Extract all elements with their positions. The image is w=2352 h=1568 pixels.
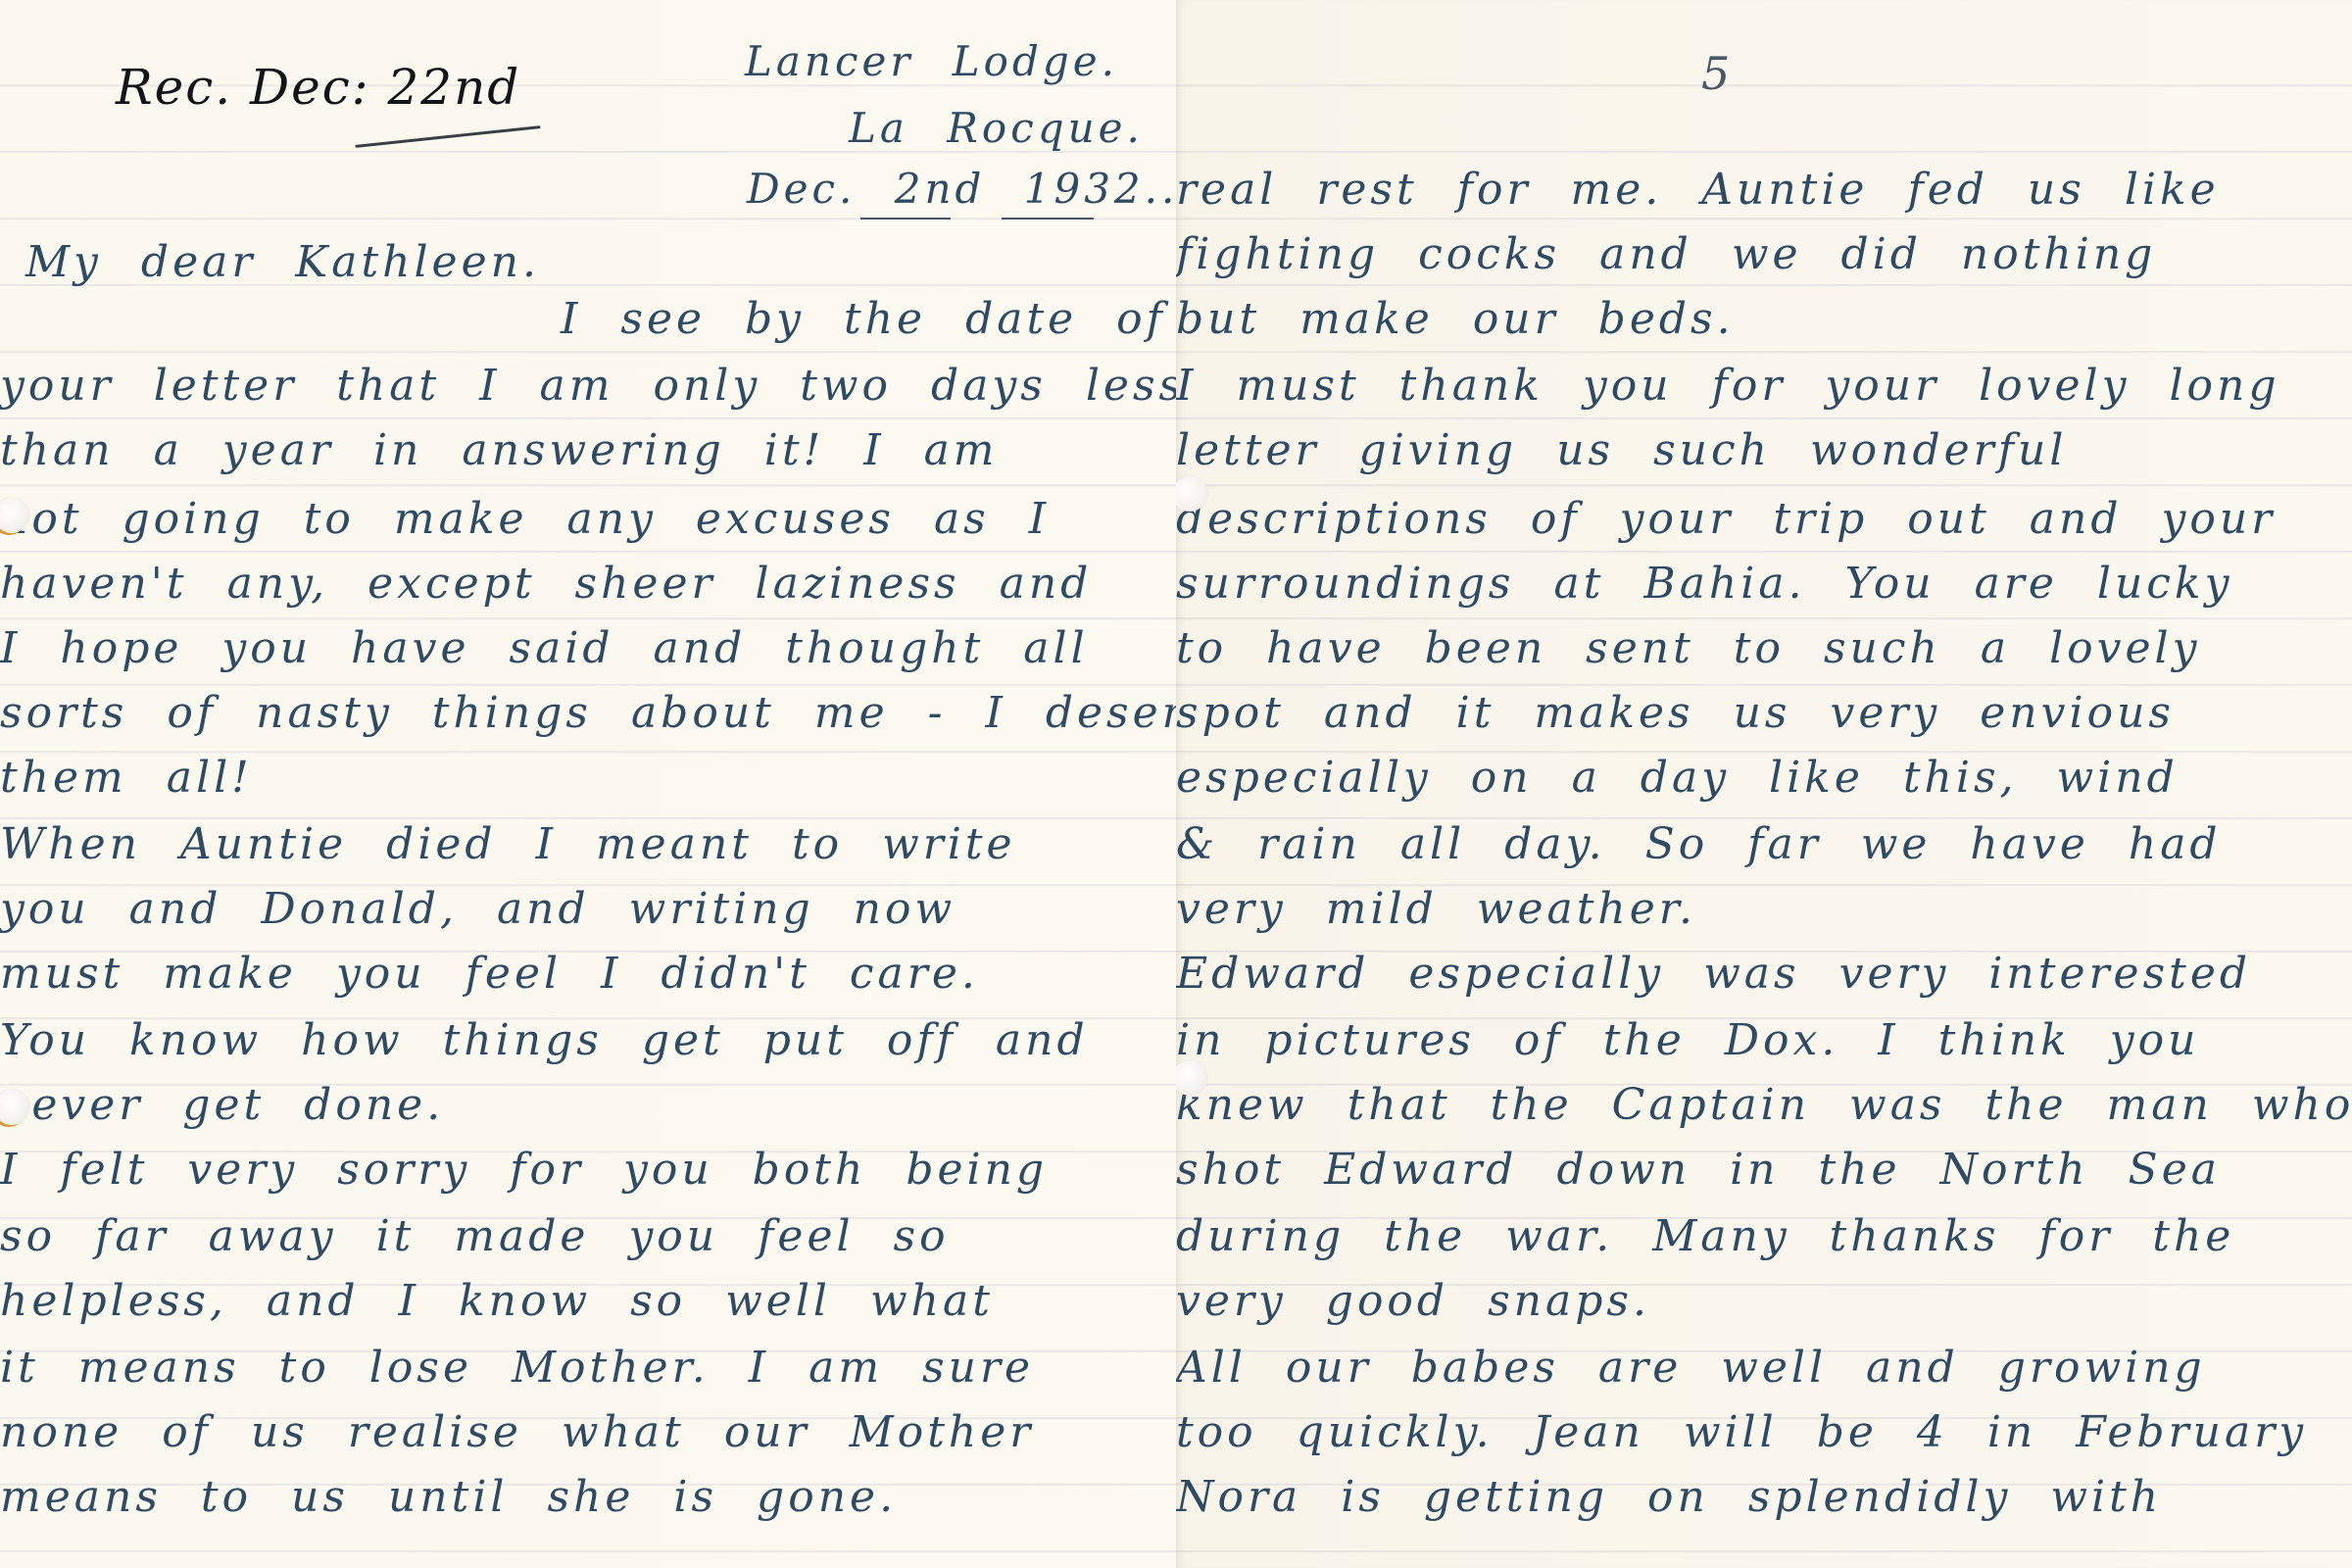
body-line: to have been sent to such a lovely: [1176, 627, 2200, 670]
received-note-underline: [355, 125, 540, 148]
body-line: I see by the date of: [561, 298, 1166, 341]
body-line: so far away it made you feel so: [0, 1215, 950, 1258]
letter-date: Dec. 2nd 1932..: [747, 169, 1176, 210]
body-line: You know how things get put off and: [0, 1019, 1089, 1062]
body-line: Edward especially was very interested: [1176, 953, 2251, 996]
body-line: Nora is getting on splendidly with: [1176, 1476, 2162, 1519]
body-line: & rain all day. So far we have had: [1176, 823, 2222, 866]
body-line: during the war. Many thanks for the: [1176, 1215, 2234, 1258]
body-line: sorts of nasty things about me - I deser…: [0, 692, 1176, 735]
letter-scan: Rec. Dec: 22nd Lancer Lodge. La Rocque. …: [0, 0, 2352, 1568]
body-line: fighting cocks and we did nothing: [1176, 233, 2156, 276]
salutation: My dear Kathleen.: [25, 241, 540, 284]
date-year-underline: [1002, 218, 1094, 220]
body-line: letter giving us such wonderful: [1176, 429, 2067, 472]
address-line-2: La Rocque.: [849, 108, 1144, 149]
body-line: All our babes are well and growing: [1176, 1347, 2206, 1390]
body-line: must make you feel I didn't care.: [0, 953, 979, 996]
received-date-note: Rec. Dec: 22nd: [116, 59, 520, 116]
date-day-underline: [860, 218, 951, 220]
letter-page-left: Rec. Dec: 22nd Lancer Lodge. La Rocque. …: [0, 0, 1176, 1568]
body-line: spot and it makes us very envious: [1176, 692, 2175, 735]
body-line: never get done.: [0, 1084, 444, 1127]
body-line: I must thank you for your lovely long: [1176, 365, 2280, 408]
body-line: shot Edward down in the North Sea: [1176, 1149, 2221, 1192]
body-line: but make our beds.: [1176, 298, 1735, 341]
body-line: very mild weather.: [1176, 888, 1696, 931]
body-line: descriptions of your trip out and your: [1176, 498, 2276, 541]
body-line: means to us until she is gone.: [0, 1476, 897, 1519]
letter-page-right: 5 real rest for me. Auntie fed us like f…: [1176, 0, 2352, 1568]
body-line: especially on a day like this, wind: [1176, 757, 2179, 800]
body-line: you and Donald, and writing now: [0, 888, 955, 931]
body-line: I felt very sorry for you both being: [0, 1149, 1048, 1192]
address-line-1: Lancer Lodge.: [745, 41, 1118, 82]
body-line: I hope you have said and thought all: [0, 627, 1089, 670]
body-line: your letter that I am only two days less: [0, 365, 1176, 408]
body-line: real rest for me. Auntie fed us like: [1176, 169, 2220, 212]
body-line: helpless, and I know so well what: [0, 1280, 994, 1323]
body-line: it means to lose Mother. I am sure: [0, 1347, 1034, 1390]
page-number: 5: [1701, 47, 1730, 100]
body-line: surroundings at Bahia. You are lucky: [1176, 563, 2232, 606]
body-line: than a year in answering it! I am: [0, 429, 999, 472]
body-line: them all!: [0, 757, 253, 800]
body-line: not going to make any excuses as I: [0, 498, 1050, 541]
body-line: very good snaps.: [1176, 1280, 1650, 1323]
body-line: When Auntie died I meant to write: [0, 823, 1016, 866]
body-line: none of us realise what our Mother: [0, 1411, 1034, 1454]
body-line: haven't any, except sheer laziness and: [0, 563, 1092, 606]
body-line: too quickly. Jean will be 4 in February: [1176, 1411, 2307, 1454]
body-line: in pictures of the Dox. I think you: [1176, 1019, 2199, 1062]
body-line: knew that the Captain was the man who: [1176, 1084, 2352, 1127]
